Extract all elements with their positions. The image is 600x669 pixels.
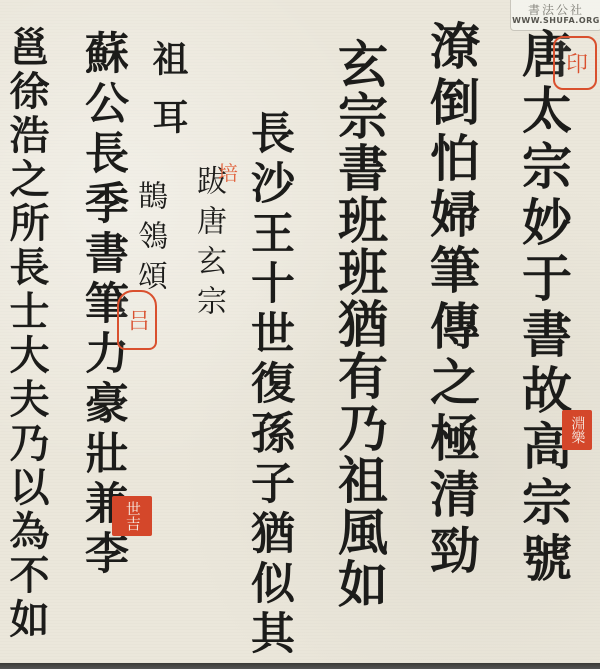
seal-top-right-text: 印 xyxy=(563,52,586,74)
watermark-url: WWW.SHUFA.ORG xyxy=(511,16,600,25)
calligraphy-column-6: 祖耳 xyxy=(150,40,186,156)
seal-left-oval: 吕 xyxy=(117,290,157,350)
watermark-badge: 書法公社 WWW.SHUFA.ORG xyxy=(510,0,600,31)
seal-small-top: 培 xyxy=(215,158,241,188)
calligraphy-column-4: 長沙王十世復孫子猶似其 xyxy=(246,110,290,660)
seal-top-right: 印 xyxy=(553,36,597,90)
calligraphy-column-9: 邕徐浩之所長士大夫乃以為不如 xyxy=(6,26,46,642)
seal-left-oval-text: 吕 xyxy=(125,309,148,331)
seal-bottom-left-text: 世吉 xyxy=(124,501,140,531)
seal-right-middle-text: 淵樂 xyxy=(570,416,585,444)
calligraphy-column-1: 唐太宗妙于書故高宗號 xyxy=(518,28,568,588)
scan-bottom-edge xyxy=(0,663,600,669)
calligraphy-column-2: 潦倒怕婦筆傳之極清勁 xyxy=(426,20,476,580)
calligraphy-column-3: 玄宗書班班猶有乃祖風如 xyxy=(334,38,384,610)
colophon-subtitle: 鵲鴒頌 xyxy=(134,180,164,300)
colophon-title: 跋唐玄宗 xyxy=(193,165,223,325)
seal-right-middle: 淵樂 xyxy=(562,410,592,450)
seal-bottom-left: 世吉 xyxy=(112,496,152,536)
seal-small-top-text: 培 xyxy=(218,163,238,184)
